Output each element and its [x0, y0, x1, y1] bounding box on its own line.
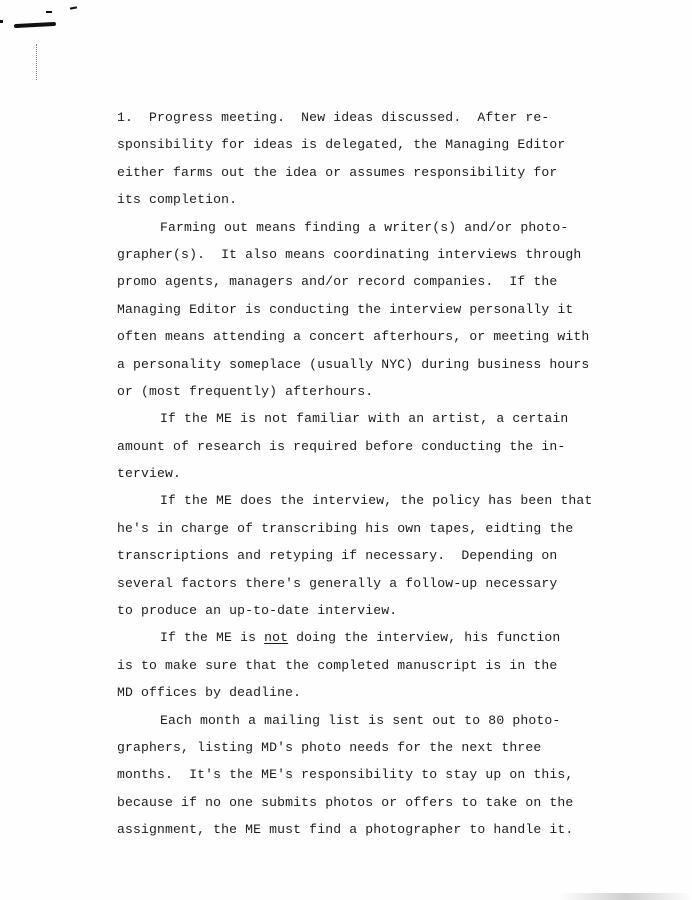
text-line: he's in charge of transcribing his own t… — [117, 515, 617, 542]
margin-dots — [36, 44, 38, 80]
ink-mark — [14, 22, 56, 28]
text-line: terview. — [117, 460, 617, 487]
text-line: or (most frequently) afterhours. — [117, 378, 617, 405]
ink-mark — [0, 20, 3, 23]
text-line-with-underline: If the ME is not doing the interview, hi… — [117, 624, 617, 651]
text-line: several factors there's generally a foll… — [117, 570, 617, 597]
text-line: months. It's the ME's responsibility to … — [117, 761, 617, 788]
ink-mark — [46, 11, 52, 13]
scan-smudge — [560, 893, 692, 900]
paragraph-mailing-list: Each month a mailing list is sent out to… — [117, 707, 617, 844]
text-line: often means attending a concert afterhou… — [117, 323, 617, 350]
paragraph-farming-out: Farming out means finding a writer(s) an… — [117, 214, 617, 406]
paragraph-research: If the ME is not familiar with an artist… — [117, 405, 617, 487]
text-line: is to make sure that the completed manus… — [117, 652, 617, 679]
text-line: a personality someplace (usually NYC) du… — [117, 351, 617, 378]
text-line: graphers, listing MD's photo needs for t… — [117, 734, 617, 761]
text-line: MD offices by deadline. — [117, 679, 617, 706]
paragraph-me-not-doing-interview: If the ME is not doing the interview, hi… — [117, 624, 617, 706]
text-line: If the ME is not familiar with an artist… — [117, 405, 617, 432]
text-line: because if no one submits photos or offe… — [117, 789, 617, 816]
text-line: Managing Editor is conducting the interv… — [117, 296, 617, 323]
text-line: either farms out the idea or assumes res… — [117, 159, 617, 186]
underlined-word: not — [264, 630, 288, 645]
text-line: promo agents, managers and/or record com… — [117, 268, 617, 295]
ink-mark — [70, 6, 77, 9]
text-line: to produce an up-to-date interview. — [117, 597, 617, 624]
text-line: assignment, the ME must find a photograp… — [117, 816, 617, 843]
text-line: grapher(s). It also means coordinating i… — [117, 241, 617, 268]
text-line: amount of research is required before co… — [117, 433, 617, 460]
text-line: transcriptions and retyping if necessary… — [117, 542, 617, 569]
typewritten-page: 1. Progress meeting. New ideas discussed… — [0, 0, 692, 900]
text-line: its completion. — [117, 186, 617, 213]
paragraph-me-does-interview: If the ME does the interview, the policy… — [117, 487, 617, 624]
text-line: sponsibility for ideas is delegated, the… — [117, 131, 617, 158]
text-line: Each month a mailing list is sent out to… — [117, 707, 617, 734]
text-line: If the ME does the interview, the policy… — [117, 487, 617, 514]
text-line: Farming out means finding a writer(s) an… — [117, 214, 617, 241]
paragraph-progress-meeting: 1. Progress meeting. New ideas discussed… — [117, 104, 617, 214]
document-body: 1. Progress meeting. New ideas discussed… — [117, 104, 617, 844]
text-line: 1. Progress meeting. New ideas discussed… — [117, 104, 617, 131]
